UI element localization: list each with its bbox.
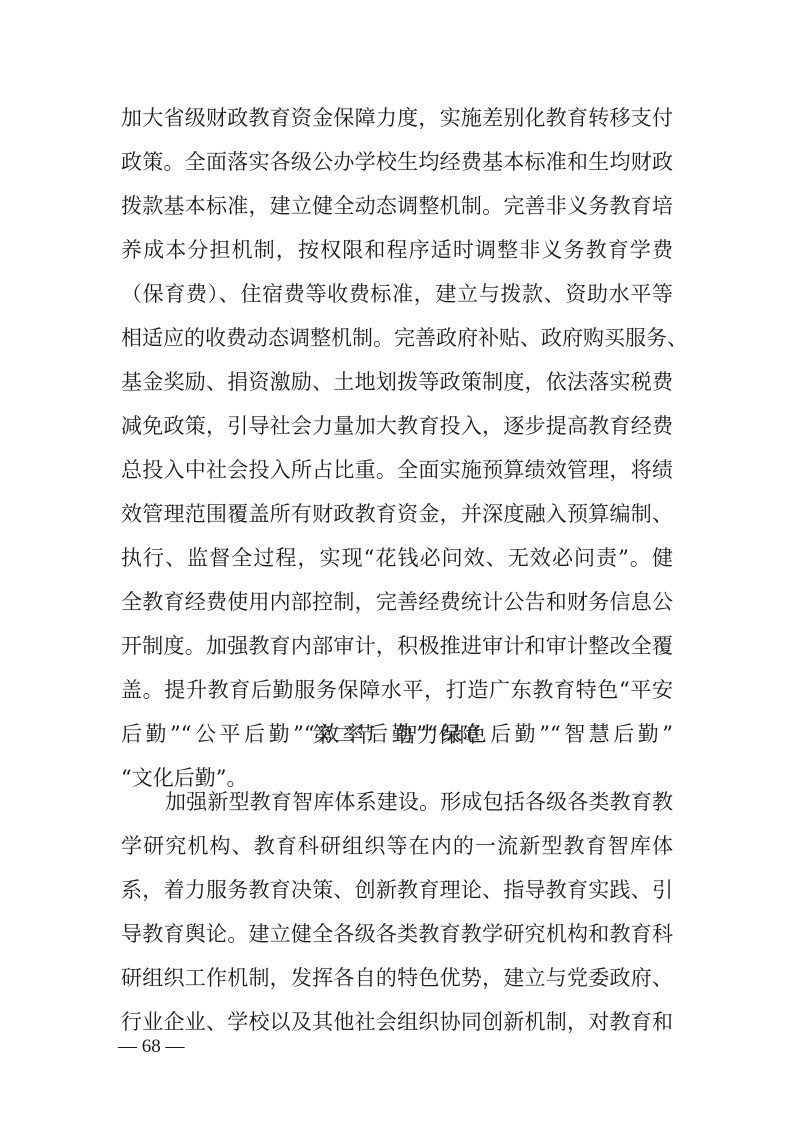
paragraph-line: 系，着力服务教育决策、创新教育理论、指导教育实践、引 <box>121 868 673 912</box>
paragraph-line: 执行、监督全过程，实现“花钱必问效、无效必问责”。健 <box>121 536 673 580</box>
paragraph-line: 加大省级财政教育资金保障力度，实施差别化教育转移支付 <box>121 96 673 140</box>
paragraph-line: 开制度。加强教育内部审计，积极推进审计和审计整改全覆 <box>121 624 673 668</box>
paragraph-line: 效管理范围覆盖所有财政教育资金，并深度融入预算编制、 <box>121 492 673 536</box>
paragraph-line: 政策。全面落实各级公办学校生均经费基本标准和生均财政 <box>121 140 673 184</box>
paragraph-line: 研组织工作机制，发挥各自的特色优势，建立与党委政府、 <box>121 956 673 1000</box>
paragraph-line-first: 加强新型教育智库体系建设。形成包括各级各类教育教 <box>165 780 673 824</box>
paragraph-line: 导教育舆论。建立健全各级各类教育教学研究机构和教育科 <box>121 912 673 956</box>
section-heading: 第二节 智力保障 <box>0 713 793 757</box>
paragraph-line: 相适应的收费动态调整机制。完善政府补贴、政府购买服务、 <box>121 316 673 360</box>
paragraph-line: 学研究机构、教育科研组织等在内的一流新型教育智库体 <box>121 824 673 868</box>
paragraph-line: 全教育经费使用内部控制，完善经费统计公告和财务信息公 <box>121 580 673 624</box>
page-number: — 68 — <box>118 1036 185 1058</box>
paragraph-line: （保育费）、住宿费等收费标准，建立与拨款、资助水平等 <box>121 272 673 316</box>
paragraph-line: 基金奖励、捐资激励、土地划拨等政策制度，依法落实税费 <box>121 360 673 404</box>
paragraph-line: 行业企业、学校以及其他社会组织协同创新机制，对教育和 <box>121 1000 673 1044</box>
paragraph-line: 盖。提升教育后勤服务保障水平，打造广东教育特色“平安 <box>121 668 673 712</box>
paragraph-line: 总投入中社会投入所占比重。全面实施预算绩效管理，将绩 <box>121 448 673 492</box>
paragraph-line: 养成本分担机制，按权限和程序适时调整非义务教育学费 <box>121 228 673 272</box>
paragraph-line: 减免政策，引导社会力量加大教育投入，逐步提高教育经费 <box>121 404 673 448</box>
paragraph-line: 拨款基本标准，建立健全动态调整机制。完善非义务教育培 <box>121 184 673 228</box>
document-page: 加大省级财政教育资金保障力度，实施差别化教育转移支付 政策。全面落实各级公办学校… <box>0 0 793 1122</box>
